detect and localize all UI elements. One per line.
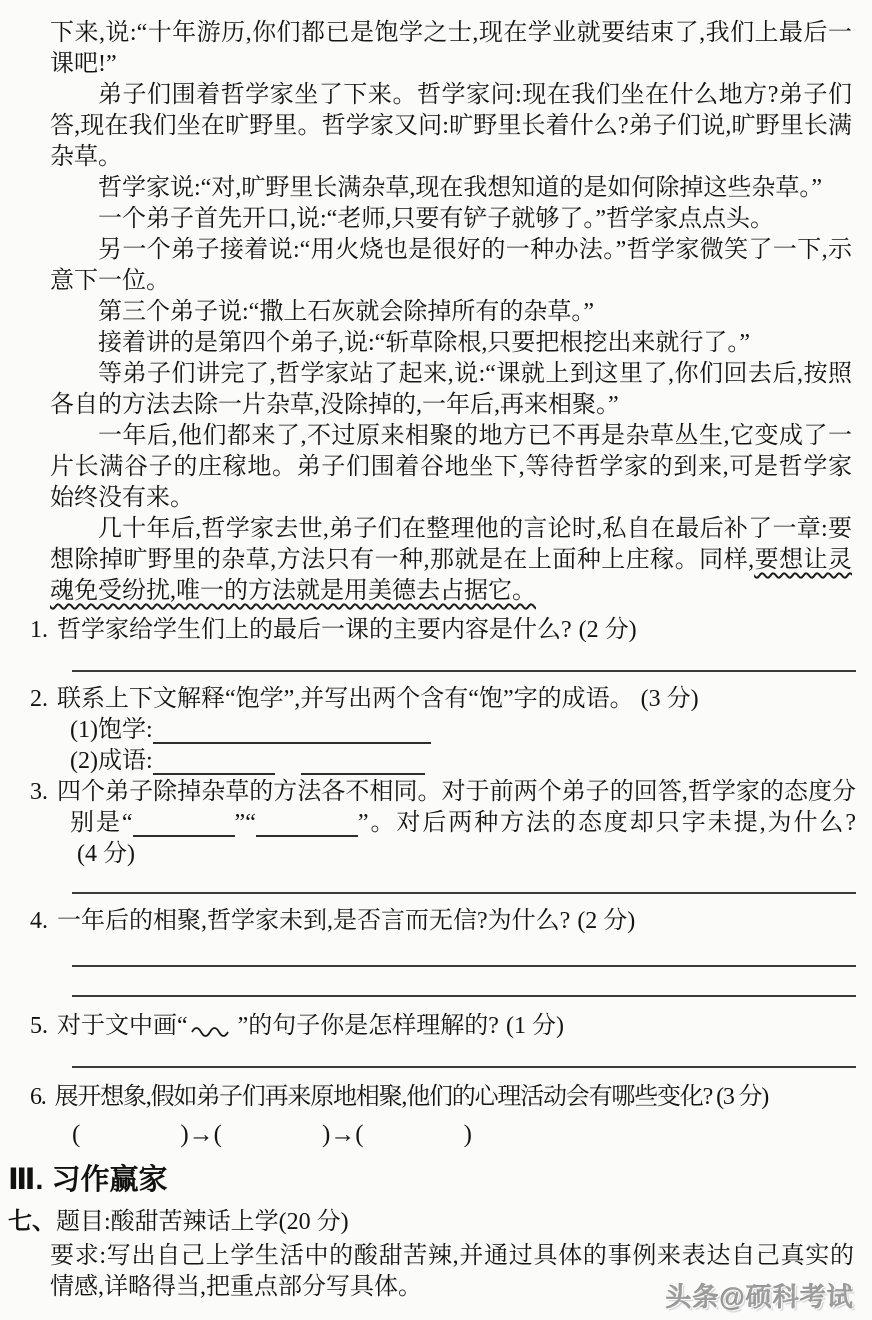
- answer-line: [72, 965, 856, 967]
- score-label: (1 分): [506, 1013, 564, 1039]
- question-number: 2.: [30, 686, 48, 712]
- blank-underline: [153, 753, 275, 775]
- essay-number: 七、: [8, 1208, 56, 1235]
- passage-paragraph: 接着讲的是第四个弟子,说:“斩草除根,只要把根挖出来就行了。”: [50, 328, 852, 359]
- passage-text: 几十年后,哲学家去世,弟子们在整理他的言论时,私自在最后补了一章:要想除掉旷野里…: [50, 516, 852, 573]
- question-1: 1.哲学家给学生们上的最后一课的主要内容是什么?(2 分): [30, 615, 856, 646]
- passage-paragraph: 几十年后,哲学家去世,弟子们在整理他的言论时,私自在最后补了一章:要想除掉旷野里…: [50, 514, 852, 607]
- question-2-sub-1: (1)饱学:: [70, 715, 856, 746]
- question-text: 展开想象,假如弟子们再来原地相聚,他们的心理活动会有哪些变化?: [55, 1084, 712, 1110]
- watermark: 头条@硕科考试: [666, 1277, 854, 1314]
- question-2: 2.联系上下文解释“饱学”,并写出两个含有“饱”字的成语。(3 分): [30, 684, 856, 715]
- sub-item-label: (1)饱学:: [70, 717, 153, 743]
- question-2-sub-2: (2)成语:: [70, 746, 856, 777]
- blank-underline: [153, 722, 431, 744]
- questions-section: 1.哲学家给学生们上的最后一课的主要内容是什么?(2 分) 2.联系上下文解释“…: [30, 615, 856, 1151]
- essay-title-text: 题目:酸甜苦辣话上学(20 分): [56, 1209, 349, 1235]
- question-text: 对于文中画“: [57, 1013, 188, 1039]
- passage-paragraph: 一年后,他们都来了,不过原来相聚的地方已不再是杂草丛生,它变成了一片长满谷子的庄…: [50, 421, 852, 514]
- score-label: (3 分): [716, 1084, 768, 1110]
- question-number: 3.: [30, 779, 48, 805]
- question-6: 6.展开想象,假如弟子们再来原地相聚,他们的心理活动会有哪些变化?(3 分): [30, 1082, 856, 1113]
- question-text: ”。对后两种方法的态度却只字未提,为什么?: [358, 810, 856, 836]
- passage-paragraph: 下来,说:“十年游历,你们都已是饱学之士,现在学业就要结束了,我们上最后一课吧!…: [50, 18, 852, 80]
- blank-underline: [256, 815, 358, 837]
- score-label: (2 分): [577, 908, 635, 934]
- question-text: ”的句子你是怎样理解的?: [238, 1013, 499, 1039]
- question-number: 4.: [30, 908, 48, 934]
- score-label: (4 分): [77, 841, 135, 867]
- question-text: ”“: [235, 810, 256, 836]
- section-heading: Ⅲ. 习作赢家: [8, 1163, 872, 1197]
- answer-line: [72, 670, 856, 672]
- question-number: 6.: [30, 1084, 46, 1110]
- score-label: (2 分): [579, 617, 637, 643]
- sub-item-label: (2)成语:: [70, 748, 153, 774]
- question-5: 5.对于文中画“”的句子你是怎样理解的?(1 分): [30, 1011, 856, 1042]
- question-text: 联系上下文解释“饱学”,并写出两个含有“饱”字的成语。: [57, 686, 634, 712]
- question-3: 3.四个弟子除掉杂草的方法各不相同。对于前两个弟子的回答,哲学家的态度分别是“”…: [30, 777, 856, 870]
- question-number: 1.: [30, 617, 48, 643]
- reading-passage: 下来,说:“十年游历,你们都已是饱学之士,现在学业就要结束了,我们上最后一课吧!…: [50, 18, 852, 607]
- answer-line: [72, 892, 856, 894]
- passage-paragraph: 哲学家说:“对,旷野里长满杂草,现在我想知道的是如何除掉这些杂草。”: [50, 173, 852, 204]
- question-number: 5.: [30, 1013, 48, 1039]
- passage-paragraph: 弟子们围着哲学家坐了下来。哲学家问:现在我们坐在什么地方?弟子们答,现在我们坐在…: [50, 80, 852, 173]
- question-text: 哲学家给学生们上的最后一课的主要内容是什么?: [57, 617, 572, 643]
- answer-line: [72, 995, 856, 997]
- question-text: 一年后的相聚,哲学家未到,是否言而无信?为什么?: [57, 908, 570, 934]
- answer-line: [72, 1066, 856, 1068]
- blank-underline: [133, 815, 235, 837]
- passage-paragraph: 等弟子们讲完了,哲学家站了起来,说:“课就上到这里了,你们回去后,按照各自的方法…: [50, 359, 852, 421]
- wavy-line-icon: [190, 1023, 236, 1037]
- essay-title-line: 七、题目:酸甜苦辣话上学(20 分): [8, 1205, 872, 1239]
- page: 下来,说:“十年游历,你们都已是饱学之士,现在学业就要结束了,我们上最后一课吧!…: [0, 0, 872, 1303]
- passage-paragraph: 一个弟子首先开口,说:“老师,只要有铲子就够了。”哲学家点点头。: [50, 204, 852, 235]
- passage-paragraph: 另一个弟子接着说:“用火烧也是很好的一种办法。”哲学家微笑了一下,示意下一位。: [50, 235, 852, 297]
- question-4: 4.一年后的相聚,哲学家未到,是否言而无信?为什么?(2 分): [30, 906, 856, 937]
- score-label: (3 分): [641, 686, 699, 712]
- passage-paragraph: 第三个弟子说:“撒上石灰就会除掉所有的杂草。”: [50, 297, 852, 328]
- sequence-brackets: ( )→( )→( ): [72, 1119, 856, 1151]
- blank-underline: [301, 753, 425, 775]
